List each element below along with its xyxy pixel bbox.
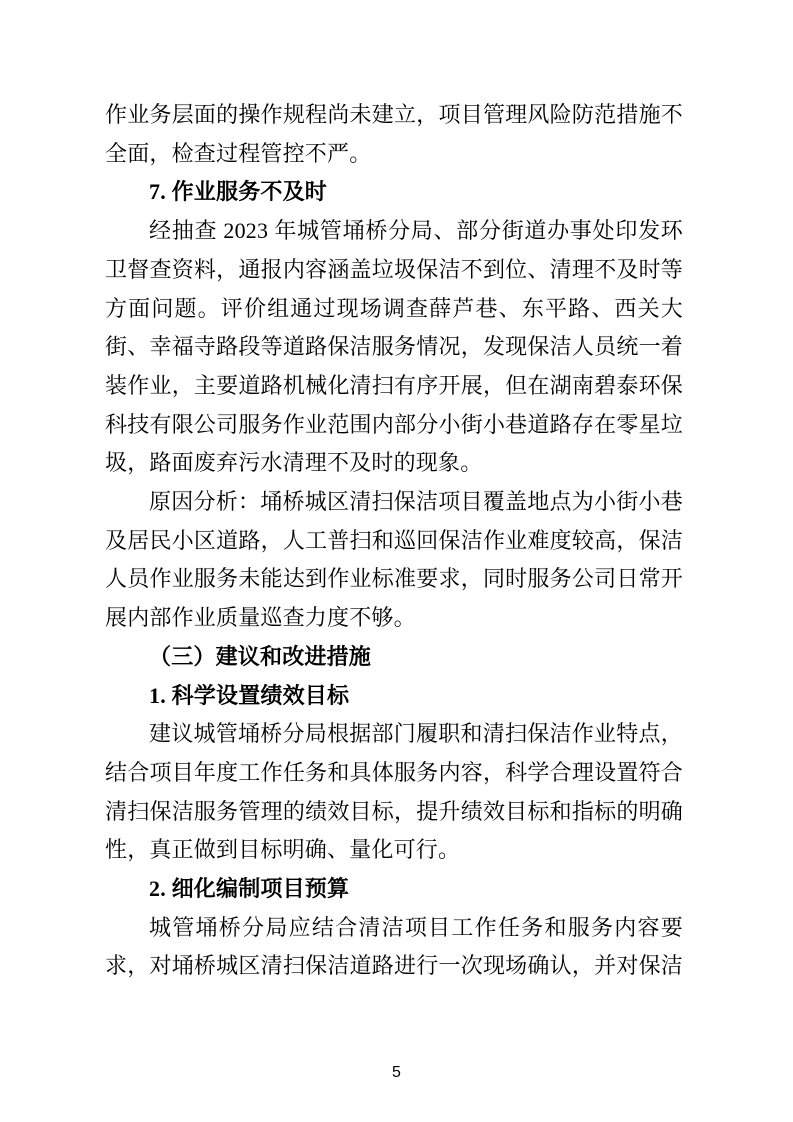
paragraph-inspection-findings: 经抽查 2023 年城管埇桥分局、部分街道办事处印发环卫督查资料，通报内容涵盖垃… <box>105 212 683 483</box>
paragraph-cause-analysis: 原因分析：埇桥城区清扫保洁项目覆盖地点为小街小巷及居民小区道路，人工普扫和巡回保… <box>105 483 683 638</box>
heading-1-set-performance-goals: 1. 科学设置绩效目标 <box>105 677 683 716</box>
paragraph-performance-goal-advice: 建议城管埇桥分局根据部门履职和清扫保洁作业特点，结合项目年度工作任务和具体服务内… <box>105 715 683 870</box>
document-body: 作业务层面的操作规程尚未建立，项目管理风险防范措施不全面，检查过程管控不严。7.… <box>105 96 683 986</box>
paragraph-budget-advice: 城管埇桥分局应结合清洁项目工作任务和服务内容要求，对埇桥城区清扫保洁道路进行一次… <box>105 909 683 986</box>
heading-7-service-not-timely: 7. 作业服务不及时 <box>105 173 683 212</box>
page-number: 5 <box>0 1062 793 1084</box>
heading-section-3-suggestions: （三）建议和改进措施 <box>105 638 683 677</box>
paragraph-carryover-internal-controls: 作业务层面的操作规程尚未建立，项目管理风险防范措施不全面，检查过程管控不严。 <box>105 96 683 173</box>
document-page: 作业务层面的操作规程尚未建立，项目管理风险防范措施不全面，检查过程管控不严。7.… <box>0 0 793 1122</box>
heading-2-refine-project-budget: 2. 细化编制项目预算 <box>105 870 683 909</box>
